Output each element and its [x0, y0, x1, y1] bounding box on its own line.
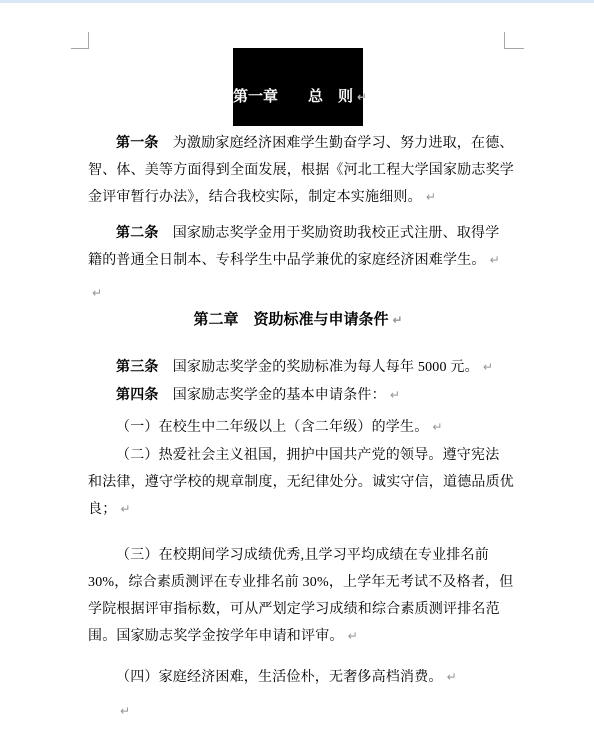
- article-number-label: 第一条: [116, 136, 159, 151]
- list-item-paragraph: （一）在校生中二年级以上（含二年级）的学生。↵: [88, 414, 508, 441]
- text-line: （四）家庭经济困难，生活俭朴，无奢侈高档消费。↵: [88, 664, 508, 691]
- text-boundary-corner-icon: [504, 32, 524, 49]
- article-number-label: 第四条: [116, 388, 159, 403]
- text-line: （一）在校生中二年级以上（含二年级）的学生。↵: [88, 414, 508, 441]
- document-paragraph: 第二条 国家励志奖学金用于奖励资助我校正式注册、取得学籍的普通全日制本、专科学生…: [88, 220, 508, 274]
- window-edge-strip: [0, 0, 594, 3]
- list-item-paragraph: （二）热爱社会主义祖国，拥护中国共产党的领导。遵守宪法和法律，遵守学校的规章制度…: [88, 442, 508, 523]
- paragraph-mark-icon: ↵: [426, 190, 436, 204]
- text-line: 第二条 国家励志奖学金用于奖励资助我校正式注册、取得学: [88, 220, 508, 247]
- chapter-heading-selected: 第一章 总 则↵: [233, 48, 363, 126]
- paragraph-mark-icon: ↵: [120, 502, 130, 516]
- text-line: 第四条 国家励志奖学金的基本申请条件：↵: [88, 382, 508, 409]
- text-line: 和法律，遵守学校的规章制度，无纪律处分。诚实守信，道德品质优: [88, 469, 508, 496]
- text-line: 智、体、美等方面得到全面发展，根据《河北工程大学国家励志奖学: [88, 157, 508, 184]
- article-number-label: 第二条: [116, 226, 159, 241]
- paragraph-mark-icon: ↵: [357, 90, 367, 104]
- text-line: 籍的普通全日制本、专科学生中品学兼优的家庭经济困难学生。↵: [88, 247, 508, 274]
- text-line: 学院根据评审指标数，可从严划定学习成绩和综合素质测评排名范: [88, 596, 508, 623]
- paragraph-mark-icon: ↵: [490, 253, 500, 267]
- paragraph-mark-icon: ↵: [390, 388, 400, 402]
- text-line: 良；↵: [88, 496, 508, 523]
- paragraph-mark-icon: ↵: [483, 360, 493, 374]
- document-paragraph: 第四条 国家励志奖学金的基本申请条件：↵: [88, 382, 508, 409]
- paragraph-mark-icon: ↵: [348, 629, 358, 643]
- text-line: 围。国家励志奖学金按学年申请和评审。↵: [88, 623, 508, 650]
- text-boundary-corner-icon: [71, 32, 89, 49]
- paragraph-mark-icon: ↵: [392, 313, 402, 327]
- document-text-area[interactable]: 第一章 总 则↵第一条 为激励家庭经济困难学生勤奋学习、努力进取，在德、智、体、…: [88, 48, 508, 725]
- chapter-heading: 第二章 资助标准与申请条件↵: [88, 307, 508, 333]
- empty-paragraph: ↵: [88, 698, 508, 725]
- chapter-heading-text: 第一章 总 则: [233, 89, 353, 105]
- list-item-paragraph: （四）家庭经济困难，生活俭朴，无奢侈高档消费。↵: [88, 664, 508, 691]
- text-line: （三）在校期间学习成绩优秀,且学习平均成绩在专业排名前: [88, 542, 508, 569]
- article-number-label: 第三条: [116, 360, 159, 375]
- word-document-view: { "colors": { "top_strip": "#d9e6f5", "s…: [0, 0, 594, 745]
- text-line: 30%，综合素质测评在专业排名前 30%，上学年无考试不及格者，但: [88, 569, 508, 596]
- paragraph-mark-icon: ↵: [92, 286, 102, 300]
- empty-paragraph: ↵: [88, 280, 508, 307]
- document-paragraph: 第一条 为激励家庭经济困难学生勤奋学习、努力进取，在德、智、体、美等方面得到全面…: [88, 130, 508, 211]
- paragraph-mark-icon: ↵: [432, 420, 442, 434]
- paragraph-mark-icon: ↵: [447, 670, 457, 684]
- chapter-heading-text: 第二章 资助标准与申请条件: [193, 312, 388, 328]
- document-paragraph: 第三条 国家励志奖学金的奖励标准为每人每年 5000 元。↵: [88, 354, 508, 381]
- text-line: 第三条 国家励志奖学金的奖励标准为每人每年 5000 元。↵: [88, 354, 508, 381]
- text-line: 金评审暂行办法》，结合我校实际，制定本实施细则。↵: [88, 184, 508, 211]
- text-line: （二）热爱社会主义祖国，拥护中国共产党的领导。遵守宪法: [88, 442, 508, 469]
- text-line: 第一条 为激励家庭经济困难学生勤奋学习、努力进取，在德、: [88, 130, 508, 157]
- paragraph-mark-icon: ↵: [120, 704, 130, 718]
- list-item-paragraph: （三）在校期间学习成绩优秀,且学习平均成绩在专业排名前30%，综合素质测评在专业…: [88, 542, 508, 650]
